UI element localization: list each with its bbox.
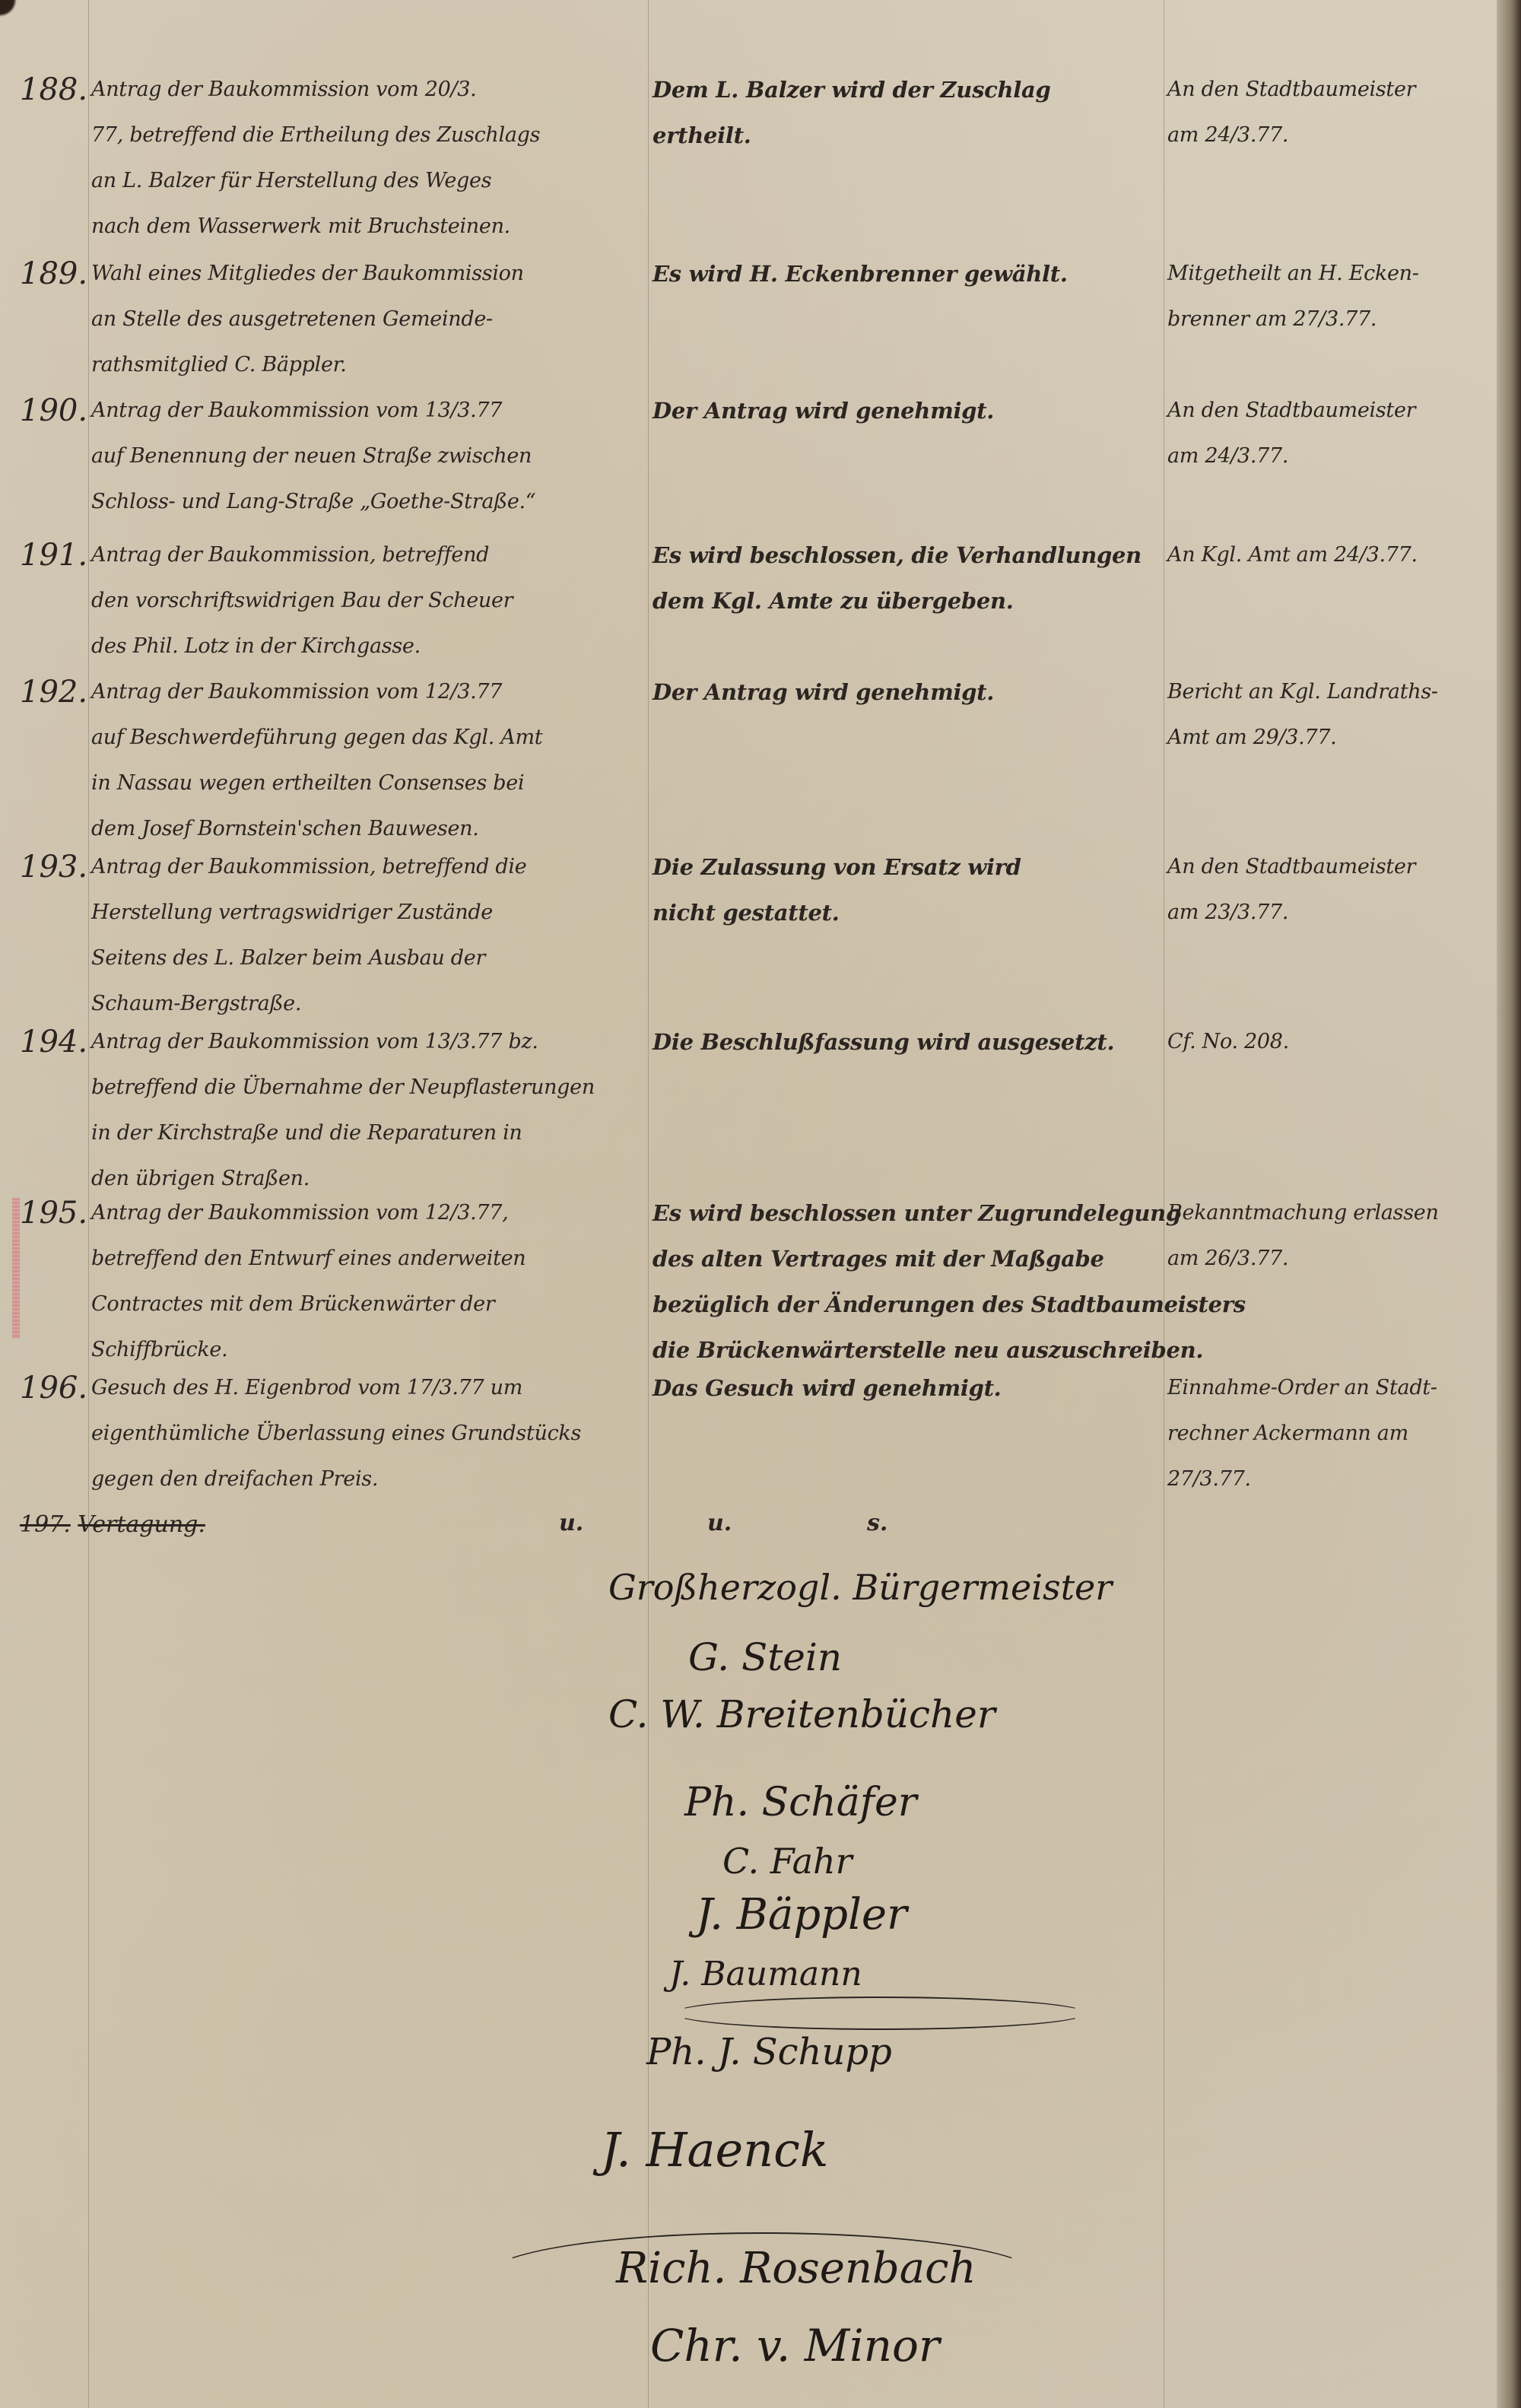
request-line: betreffend den Entwurf eines anderweiten [91, 1236, 639, 1282]
entry-resolution: Der Antrag wird genehmigt. [653, 669, 1170, 715]
resolution-line: Dem L. Balzer wird der Zuschlag [653, 67, 1170, 113]
note-line: am 26/3.77. [1167, 1236, 1487, 1282]
signature: Ph. Schäfer [684, 1780, 917, 1825]
note-line: Bekanntmachung erlassen [1167, 1190, 1487, 1236]
request-line: Antrag der Baukommission vom 13/3.77 [91, 388, 639, 434]
request-line: in Nassau wegen ertheilten Consenses bei [91, 761, 639, 806]
entry-note: Einnahme-Order an Stadt- rechner Ackerma… [1167, 1365, 1487, 1502]
note-line: brenner am 27/3.77. [1167, 297, 1487, 342]
request-line: Herstellung vertragswidriger Zustände [91, 890, 639, 936]
note-line: Einnahme-Order an Stadt- [1167, 1365, 1487, 1411]
entry-note: An Kgl. Amt am 24/3.77. [1167, 532, 1487, 578]
signature-mayor: Großherzogl. Bürgermeister [608, 1567, 1112, 1608]
entry-request: Wahl eines Mitgliedes der Baukommission … [91, 251, 639, 388]
request-line: Antrag der Baukommission vom 12/3.77, [91, 1190, 639, 1236]
resolution-line: Der Antrag wird genehmigt. [653, 669, 1170, 715]
request-line: an Stelle des ausgetretenen Gemeinde- [91, 297, 639, 342]
request-line: den vorschriftswidrigen Bau der Scheuer [91, 578, 639, 624]
entry-resolution: Es wird beschlossen, die Verhandlungen d… [653, 532, 1170, 624]
resolution-line: Das Gesuch wird genehmigt. [653, 1365, 1170, 1411]
entry-request: Antrag der Baukommission vom 20/3. 77, b… [91, 67, 639, 249]
signature: J. Haenck [601, 2122, 828, 2178]
note-line: Bericht an Kgl. Landraths- [1167, 669, 1487, 715]
resolution-line: Die Beschlußfassung wird ausgesetzt. [653, 1019, 1170, 1065]
note-line: An den Stadtbaumeister [1167, 388, 1487, 434]
red-pencil-mark [12, 1198, 20, 1339]
entry-note: Cf. No. 208. [1167, 1019, 1487, 1065]
entry-number: 192. [20, 669, 87, 715]
entry-note: An den Stadtbaumeister am 24/3.77. [1167, 388, 1487, 479]
entry-resolution: Dem L. Balzer wird der Zuschlag ertheilt… [653, 67, 1170, 158]
request-line: eigenthümliche Überlassung eines Grundst… [91, 1411, 639, 1457]
resolution-line: dem Kgl. Amte zu übergeben. [653, 578, 1170, 624]
entry-resolution: Der Antrag wird genehmigt. [653, 388, 1170, 434]
note-line: am 23/3.77. [1167, 890, 1487, 936]
request-line: Antrag der Baukommission, betreffend [91, 532, 639, 578]
entry-number: 194. [20, 1019, 87, 1065]
resolution-line: Die Zulassung von Ersatz wird [653, 844, 1170, 890]
request-line: Antrag der Baukommission vom 12/3.77 [91, 669, 639, 715]
entry-number: 190. [20, 388, 87, 434]
note-line: An den Stadtbaumeister [1167, 67, 1487, 113]
entry-number: 188. [20, 67, 87, 113]
request-line: auf Beschwerdeführung gegen das Kgl. Amt [91, 715, 639, 761]
entry-request: Antrag der Baukommission vom 12/3.77, be… [91, 1190, 639, 1373]
signature: C. W. Breitenbücher [608, 1692, 995, 1736]
request-line: auf Benennung der neuen Straße zwischen [91, 434, 639, 479]
signature: J. Bäppler [696, 1890, 907, 1939]
request-line: des Phil. Lotz in der Kirchgasse. [91, 624, 639, 669]
resolution-line: Es wird H. Eckenbrenner gewählt. [653, 251, 1170, 297]
note-line: 27/3.77. [1167, 1457, 1487, 1502]
entry-note: An den Stadtbaumeister am 23/3.77. [1167, 844, 1487, 936]
note-line: An Kgl. Amt am 24/3.77. [1167, 532, 1487, 578]
request-line: Contractes mit dem Brückenwärter der [91, 1282, 639, 1327]
request-line: Gesuch des H. Eigenbrod vom 17/3.77 um [91, 1365, 639, 1411]
request-line: Seitens des L. Balzer beim Ausbau der [91, 936, 639, 981]
book-spine-edge [1497, 0, 1521, 2408]
entry-request: Antrag der Baukommission vom 13/3.77 auf… [91, 388, 639, 525]
note-line: Amt am 29/3.77. [1167, 715, 1487, 761]
signature: J. Baumann [669, 1955, 862, 1993]
request-line: an L. Balzer für Herstellung des Weges [91, 158, 639, 204]
entry-resolution: Die Zulassung von Ersatz wird nicht gest… [653, 844, 1170, 936]
request-line: 77, betreffend die Ertheilung des Zuschl… [91, 113, 639, 158]
request-line: Schloss- und Lang-Straße „Goethe-Straße.… [91, 479, 639, 525]
signature: G. Stein [688, 1635, 842, 1679]
signature: Rich. Rosenbach [616, 2244, 976, 2293]
resolution-line: des alten Vertrages mit der Maßgabe [653, 1236, 1170, 1282]
entry-number: 189. [20, 251, 87, 297]
signature: Chr. v. Minor [650, 2320, 940, 2371]
page-corner-shadow [0, 0, 30, 23]
entry-resolution: Die Beschlußfassung wird ausgesetzt. [653, 1019, 1170, 1065]
request-line: in der Kirchstraße und die Reparaturen i… [91, 1110, 639, 1156]
note-line: Cf. No. 208. [1167, 1019, 1487, 1065]
note-line: am 24/3.77. [1167, 434, 1487, 479]
resolution-line: Es wird beschlossen, die Verhandlungen [653, 532, 1170, 578]
entry-request: Antrag der Baukommission vom 12/3.77 auf… [91, 669, 639, 852]
closing-line: 197. Vertagung. [20, 1510, 205, 1540]
note-line: rechner Ackermann am [1167, 1411, 1487, 1457]
note-line: Mitgetheilt an H. Ecken- [1167, 251, 1487, 297]
adjournment-text: Vertagung. [78, 1511, 205, 1538]
struck-entry-number: 197. [20, 1511, 71, 1538]
entry-note: Mitgetheilt an H. Ecken- brenner am 27/3… [1167, 251, 1487, 342]
entry-request: Antrag der Baukommission vom 13/3.77 bz.… [91, 1019, 639, 1202]
entry-note: Bekanntmachung erlassen am 26/3.77. [1167, 1190, 1487, 1282]
document-page: 188. Antrag der Baukommission vom 20/3. … [0, 0, 1497, 2408]
request-line: Antrag der Baukommission vom 20/3. [91, 67, 639, 113]
request-line: gegen den dreifachen Preis. [91, 1457, 639, 1502]
entry-request: Antrag der Baukommission, betreffend den… [91, 532, 639, 669]
entry-resolution: Es wird beschlossen unter Zugrundelegung… [653, 1190, 1170, 1373]
request-line: nach dem Wasserwerk mit Bruchsteinen. [91, 204, 639, 249]
umu-mark: u. [707, 1510, 732, 1536]
entry-resolution: Es wird H. Eckenbrenner gewählt. [653, 251, 1170, 297]
resolution-line: Der Antrag wird genehmigt. [653, 388, 1170, 434]
entry-request: Gesuch des H. Eigenbrod vom 17/3.77 um e… [91, 1365, 639, 1502]
note-line: An den Stadtbaumeister [1167, 844, 1487, 890]
resolution-line: ertheilt. [653, 113, 1170, 158]
entry-resolution: Das Gesuch wird genehmigt. [653, 1365, 1170, 1411]
entry-request: Antrag der Baukommission, betreffend die… [91, 844, 639, 1027]
entry-note: An den Stadtbaumeister am 24/3.77. [1167, 67, 1487, 158]
umu-mark: u. [559, 1510, 583, 1536]
entry-number: 193. [20, 844, 87, 890]
request-line: rathsmitglied C. Bäppler. [91, 342, 639, 388]
request-line: betreffend die Übernahme der Neupflaster… [91, 1065, 639, 1110]
umu-mark: s. [867, 1510, 888, 1536]
resolution-line: bezüglich der Änderungen des Stadtbaumei… [653, 1282, 1170, 1327]
resolution-line: nicht gestattet. [653, 890, 1170, 936]
entry-number: 196. [20, 1365, 87, 1411]
request-line: Antrag der Baukommission vom 13/3.77 bz. [91, 1019, 639, 1065]
signature: C. Fahr [722, 1841, 853, 1882]
request-line: Antrag der Baukommission, betreffend die [91, 844, 639, 890]
request-line: Wahl eines Mitgliedes der Baukommission [91, 251, 639, 297]
margin-rule [88, 0, 89, 2408]
entry-number: 195. [20, 1190, 87, 1236]
entry-note: Bericht an Kgl. Landraths- Amt am 29/3.7… [1167, 669, 1487, 761]
signature: Ph. J. Schupp [646, 2031, 892, 2073]
signature-flourish [673, 1997, 1087, 2030]
entry-number: 191. [20, 532, 87, 578]
resolution-line: Es wird beschlossen unter Zugrundelegung [653, 1190, 1170, 1236]
note-line: am 24/3.77. [1167, 113, 1487, 158]
